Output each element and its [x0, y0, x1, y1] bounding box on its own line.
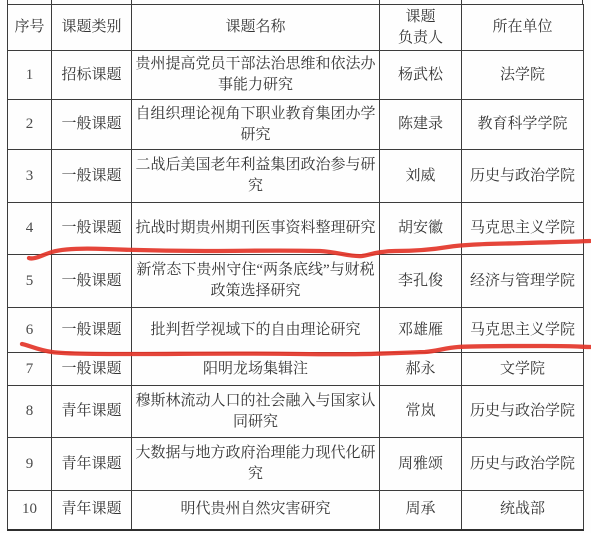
cell-unit: 历史与政治学院 — [462, 150, 584, 203]
cell-name: 穆斯林流动人口的社会融入与国家认同研究 — [132, 386, 380, 438]
cell-name: 自组织理论视角下职业教育集团办学研究 — [132, 100, 380, 150]
cell-no: 3 — [8, 150, 52, 203]
header-row: 序号 课题类别 课题名称 课题 负责人 所在单位 — [8, 5, 584, 51]
cell-no: 8 — [8, 386, 52, 438]
cell-name: 贵州提高党员干部法治思维和依法办事能力研究 — [132, 51, 380, 100]
cell-no: 9 — [8, 438, 52, 491]
cell-leader: 杨武松 — [380, 51, 462, 100]
header-no: 序号 — [8, 5, 52, 51]
cell-no: 7 — [8, 353, 52, 386]
cell-unit: 文学院 — [462, 353, 584, 386]
cell-category: 青年课题 — [52, 438, 132, 491]
table-row: 1招标课题贵州提高党员干部法治思维和依法办事能力研究杨武松法学院 — [8, 51, 584, 100]
cell-unit: 法学院 — [462, 51, 584, 100]
projects-table: 序号 课题类别 课题名称 课题 负责人 所在单位 1招标课题贵州提高党员干部法治… — [7, 4, 584, 531]
cell-unit: 马克思主义学院 — [462, 203, 584, 255]
cell-category: 青年课题 — [52, 386, 132, 438]
cell-leader: 周雅颂 — [380, 438, 462, 491]
cell-leader: 常岚 — [380, 386, 462, 438]
cell-leader: 李孔俊 — [380, 255, 462, 308]
cell-unit: 马克思主义学院 — [462, 308, 584, 353]
header-unit: 所在单位 — [462, 5, 584, 51]
cell-unit: 历史与政治学院 — [462, 438, 584, 491]
cell-leader: 陈建录 — [380, 100, 462, 150]
cell-leader: 邓雄雁 — [380, 308, 462, 353]
cell-unit: 历史与政治学院 — [462, 386, 584, 438]
cell-no: 5 — [8, 255, 52, 308]
cell-name: 二战后美国老年利益集团政治参与研究 — [132, 150, 380, 203]
header-leader: 课题 负责人 — [380, 5, 462, 51]
cell-category: 青年课题 — [52, 491, 132, 530]
cell-leader: 刘威 — [380, 150, 462, 203]
cell-category: 一般课题 — [52, 255, 132, 308]
cell-leader: 郝永 — [380, 353, 462, 386]
cell-name: 大数据与地方政府治理能力现代化研究 — [132, 438, 380, 491]
header-name: 课题名称 — [132, 5, 380, 51]
cell-unit: 经济与管理学院 — [462, 255, 584, 308]
cell-name: 批判哲学视域下的自由理论研究 — [132, 308, 380, 353]
table-row: 4一般课题抗战时期贵州期刊医事资料整理研究胡安徽马克思主义学院 — [8, 203, 584, 255]
table-row: 8青年课题穆斯林流动人口的社会融入与国家认同研究常岚历史与政治学院 — [8, 386, 584, 438]
table-row: 2一般课题自组织理论视角下职业教育集团办学研究陈建录教育科学学院 — [8, 100, 584, 150]
cell-unit: 统战部 — [462, 491, 584, 530]
cell-category: 一般课题 — [52, 353, 132, 386]
cell-no: 10 — [8, 491, 52, 530]
cell-no: 6 — [8, 308, 52, 353]
cell-no: 2 — [8, 100, 52, 150]
cell-name: 明代贵州自然灾害研究 — [132, 491, 380, 530]
cell-category: 一般课题 — [52, 308, 132, 353]
cell-name: 阳明龙场集辑注 — [132, 353, 380, 386]
cell-no: 1 — [8, 51, 52, 100]
table-row: 3一般课题二战后美国老年利益集团政治参与研究刘威历史与政治学院 — [8, 150, 584, 203]
cell-unit: 教育科学学院 — [462, 100, 584, 150]
table-body: 1招标课题贵州提高党员干部法治思维和依法办事能力研究杨武松法学院2一般课题自组织… — [8, 51, 584, 530]
cell-category: 一般课题 — [52, 150, 132, 203]
table-header: 序号 课题类别 课题名称 课题 负责人 所在单位 — [8, 5, 584, 51]
table-row: 9青年课题大数据与地方政府治理能力现代化研究周雅颂历史与政治学院 — [8, 438, 584, 491]
cell-no: 4 — [8, 203, 52, 255]
scanned-table-page: 序号 课题类别 课题名称 课题 负责人 所在单位 1招标课题贵州提高党员干部法治… — [0, 0, 591, 533]
cell-leader: 胡安徽 — [380, 203, 462, 255]
cell-name: 抗战时期贵州期刊医事资料整理研究 — [132, 203, 380, 255]
header-category: 课题类别 — [52, 5, 132, 51]
table-row: 7一般课题阳明龙场集辑注郝永文学院 — [8, 353, 584, 386]
table-row: 10青年课题明代贵州自然灾害研究周承统战部 — [8, 491, 584, 530]
cell-category: 一般课题 — [52, 100, 132, 150]
cell-category: 招标课题 — [52, 51, 132, 100]
cell-category: 一般课题 — [52, 203, 132, 255]
table-row: 6一般课题批判哲学视域下的自由理论研究邓雄雁马克思主义学院 — [8, 308, 584, 353]
cell-name: 新常态下贵州守住“两条底线”与财税政策选择研究 — [132, 255, 380, 308]
table-row: 5一般课题新常态下贵州守住“两条底线”与财税政策选择研究李孔俊经济与管理学院 — [8, 255, 584, 308]
cell-leader: 周承 — [380, 491, 462, 530]
